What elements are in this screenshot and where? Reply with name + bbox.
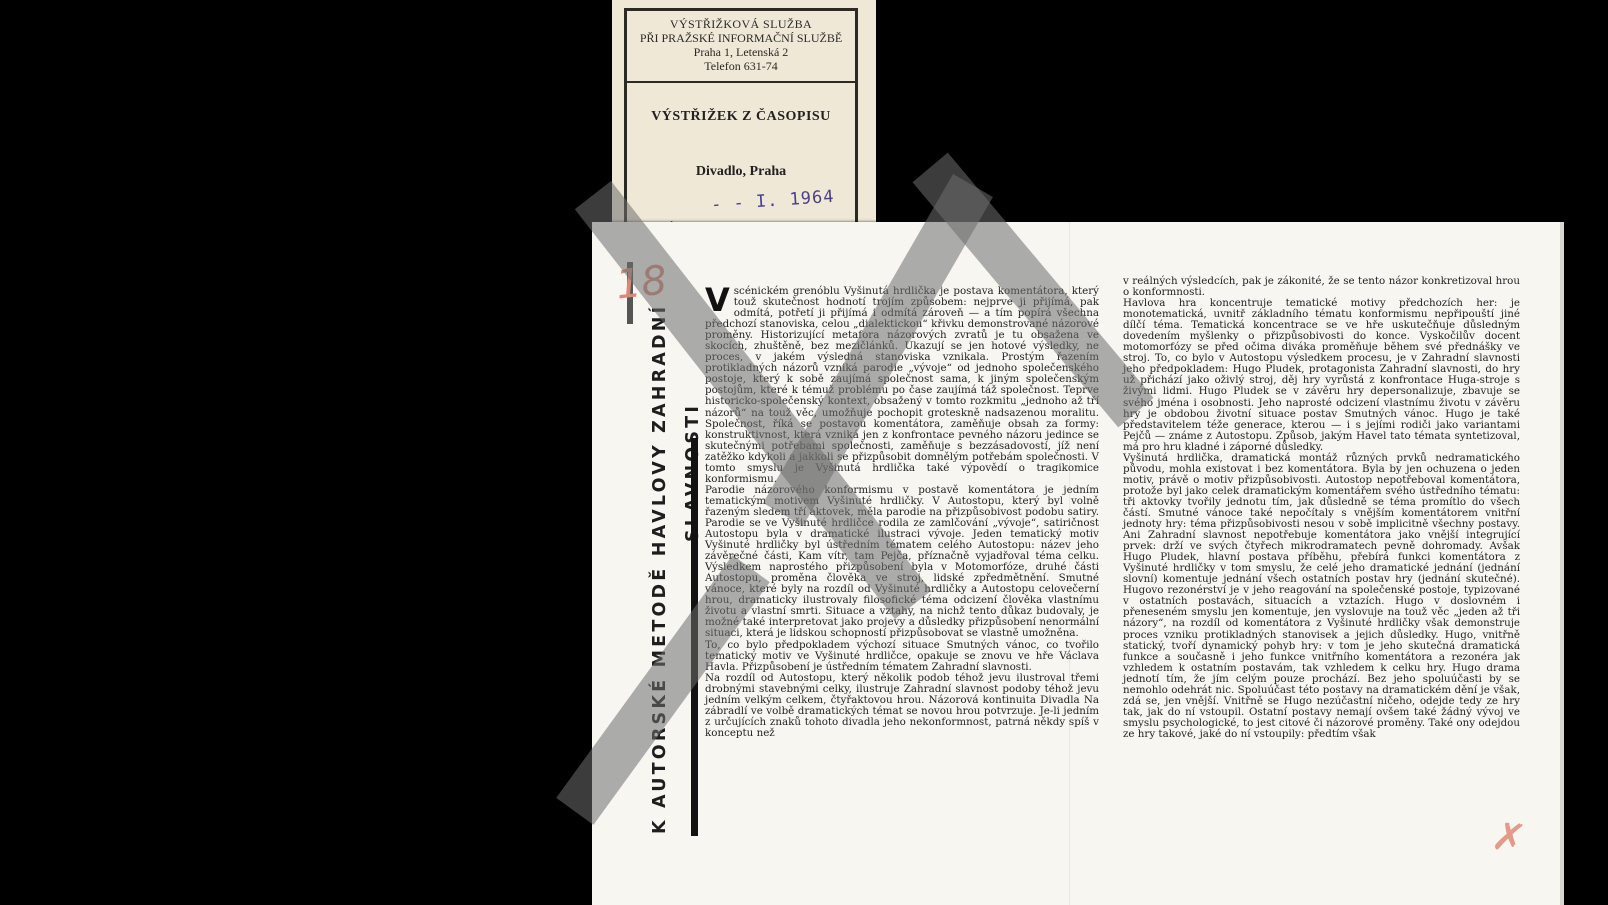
paragraph: Parodie názorového konformismu v postavě… bbox=[705, 485, 1099, 640]
service-address: Praha 1, Letenská 2 bbox=[627, 45, 855, 59]
clipping-service-slip: VÝSTŘIŽKOVÁ SLUŽBA PŘI PRAŽSKÉ INFORMAČN… bbox=[612, 0, 876, 236]
slip-title: VÝSTŘIŽEK Z ČASOPISU bbox=[627, 109, 855, 125]
paragraph: Havlova hra koncentruje tematické motivy… bbox=[1123, 298, 1520, 453]
article-spread: 18 K AUTORSKÉ METODĚ HAVLOVY ZAHRADNÍ SL… bbox=[592, 222, 1564, 905]
red-cross-mark: ✗ bbox=[1489, 815, 1529, 860]
service-header: VÝSTŘIŽKOVÁ SLUŽBA PŘI PRAŽSKÉ INFORMAČN… bbox=[627, 11, 855, 83]
title-rule bbox=[691, 438, 698, 836]
date-stamp: - - I. 1964 bbox=[710, 187, 835, 216]
service-subtitle: PŘI PRAŽSKÉ INFORMAČNÍ SLUŽBĚ bbox=[627, 31, 855, 45]
paragraph: V scénickém grenóblu Vyšinutá hrdlička j… bbox=[705, 286, 1099, 485]
left-column: V scénickém grenóblu Vyšinutá hrdlička j… bbox=[705, 286, 1099, 739]
right-column: v reálných výsledcích, pak je zákonité, … bbox=[1123, 276, 1520, 740]
service-phone: Telefon 631-74 bbox=[627, 59, 855, 73]
article-title-line1: K AUTORSKÉ METODĚ HAVLOVY ZAHRADNÍ bbox=[650, 304, 670, 834]
page-edge bbox=[1560, 222, 1564, 905]
drop-cap: V bbox=[705, 288, 730, 312]
paragraph: Na rozdíl od Autostopu, který několik po… bbox=[705, 673, 1099, 739]
paragraph: v reálných výsledcích, pak je zákonité, … bbox=[1123, 276, 1520, 298]
slip-frame: VÝSTŘIŽKOVÁ SLUŽBA PŘI PRAŽSKÉ INFORMAČN… bbox=[624, 8, 858, 246]
paragraph: Vyšinutá hrdlička, dramatická montáž růz… bbox=[1123, 453, 1520, 740]
service-name: VÝSTŘIŽKOVÁ SLUŽBA bbox=[627, 17, 855, 31]
slip-source: Divadlo, Praha bbox=[627, 164, 855, 180]
article-title: K AUTORSKÉ METODĚ HAVLOVY ZAHRADNÍ SLAVN… bbox=[644, 289, 710, 834]
paragraph: To, co bylo předpokladem výchozí situace… bbox=[705, 640, 1099, 673]
